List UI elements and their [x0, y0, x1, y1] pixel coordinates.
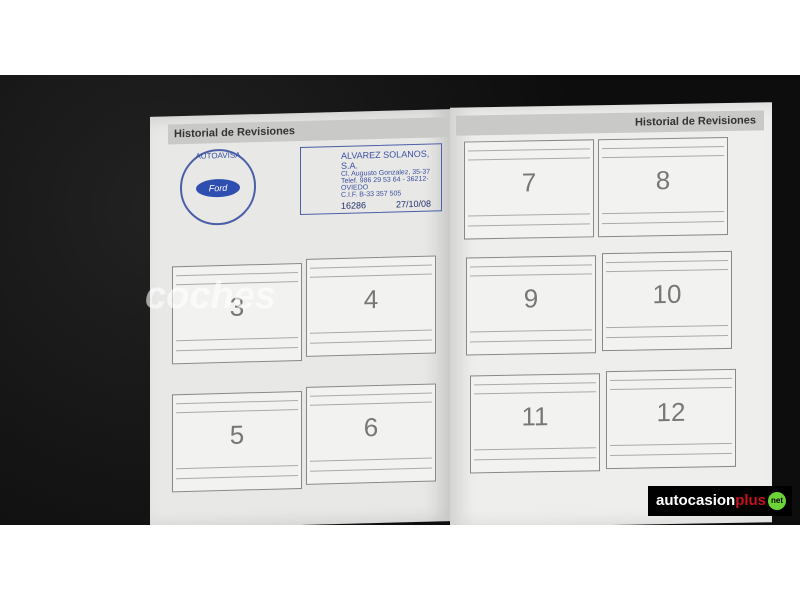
- ford-dealer-stamp: AUTOAVISA Ford: [180, 148, 256, 226]
- revision-box-4: 4: [306, 255, 436, 356]
- revision-box-11: 11: [470, 373, 600, 473]
- revision-box-12: 12: [606, 369, 736, 469]
- watermark: coches: [145, 275, 276, 318]
- revision-box-9: 9: [466, 255, 596, 355]
- revision-number: 12: [607, 396, 735, 429]
- photo: Historial de Revisiones AUTOAVISA Ford A…: [0, 75, 800, 525]
- right-page: Historial de Revisiones 7 8 9 10 11 12: [450, 102, 772, 525]
- handwritten-km: 16286: [341, 200, 366, 211]
- revision-box-10: 10: [602, 251, 732, 351]
- revision-number: 6: [307, 410, 435, 444]
- revision-number: 5: [173, 418, 301, 452]
- ford-logo-icon: Ford: [196, 179, 240, 198]
- revision-box-5: 5: [172, 391, 302, 492]
- dealer-stamp: ALVAREZ SOLANOS, S.A. Cl. Augusto Gonzal…: [300, 143, 442, 215]
- revision-number: 7: [465, 166, 593, 199]
- net-badge-icon: net: [768, 492, 786, 510]
- stamp-ring-text: AUTOAVISA: [182, 150, 254, 161]
- handwritten-date: 27/10/08: [396, 199, 431, 210]
- dealer-name: ALVAREZ SOLANOS, S.A.: [301, 144, 441, 172]
- autocasionplus-logo: autocasionplusnet: [648, 486, 792, 516]
- revision-number: 9: [467, 282, 595, 315]
- page-header: Historial de Revisiones: [456, 110, 764, 135]
- revision-box-6: 6: [306, 383, 436, 484]
- page-header: Historial de Revisiones: [168, 117, 454, 144]
- logo-accent: plus: [735, 492, 766, 509]
- revision-number: 4: [307, 282, 435, 316]
- revision-box-7: 7: [464, 139, 594, 239]
- revision-box-8: 8: [598, 137, 728, 237]
- revision-number: 11: [471, 400, 599, 433]
- revision-number: 10: [603, 278, 731, 311]
- revision-number: 8: [599, 164, 727, 197]
- logo-text: autocasion: [656, 492, 735, 509]
